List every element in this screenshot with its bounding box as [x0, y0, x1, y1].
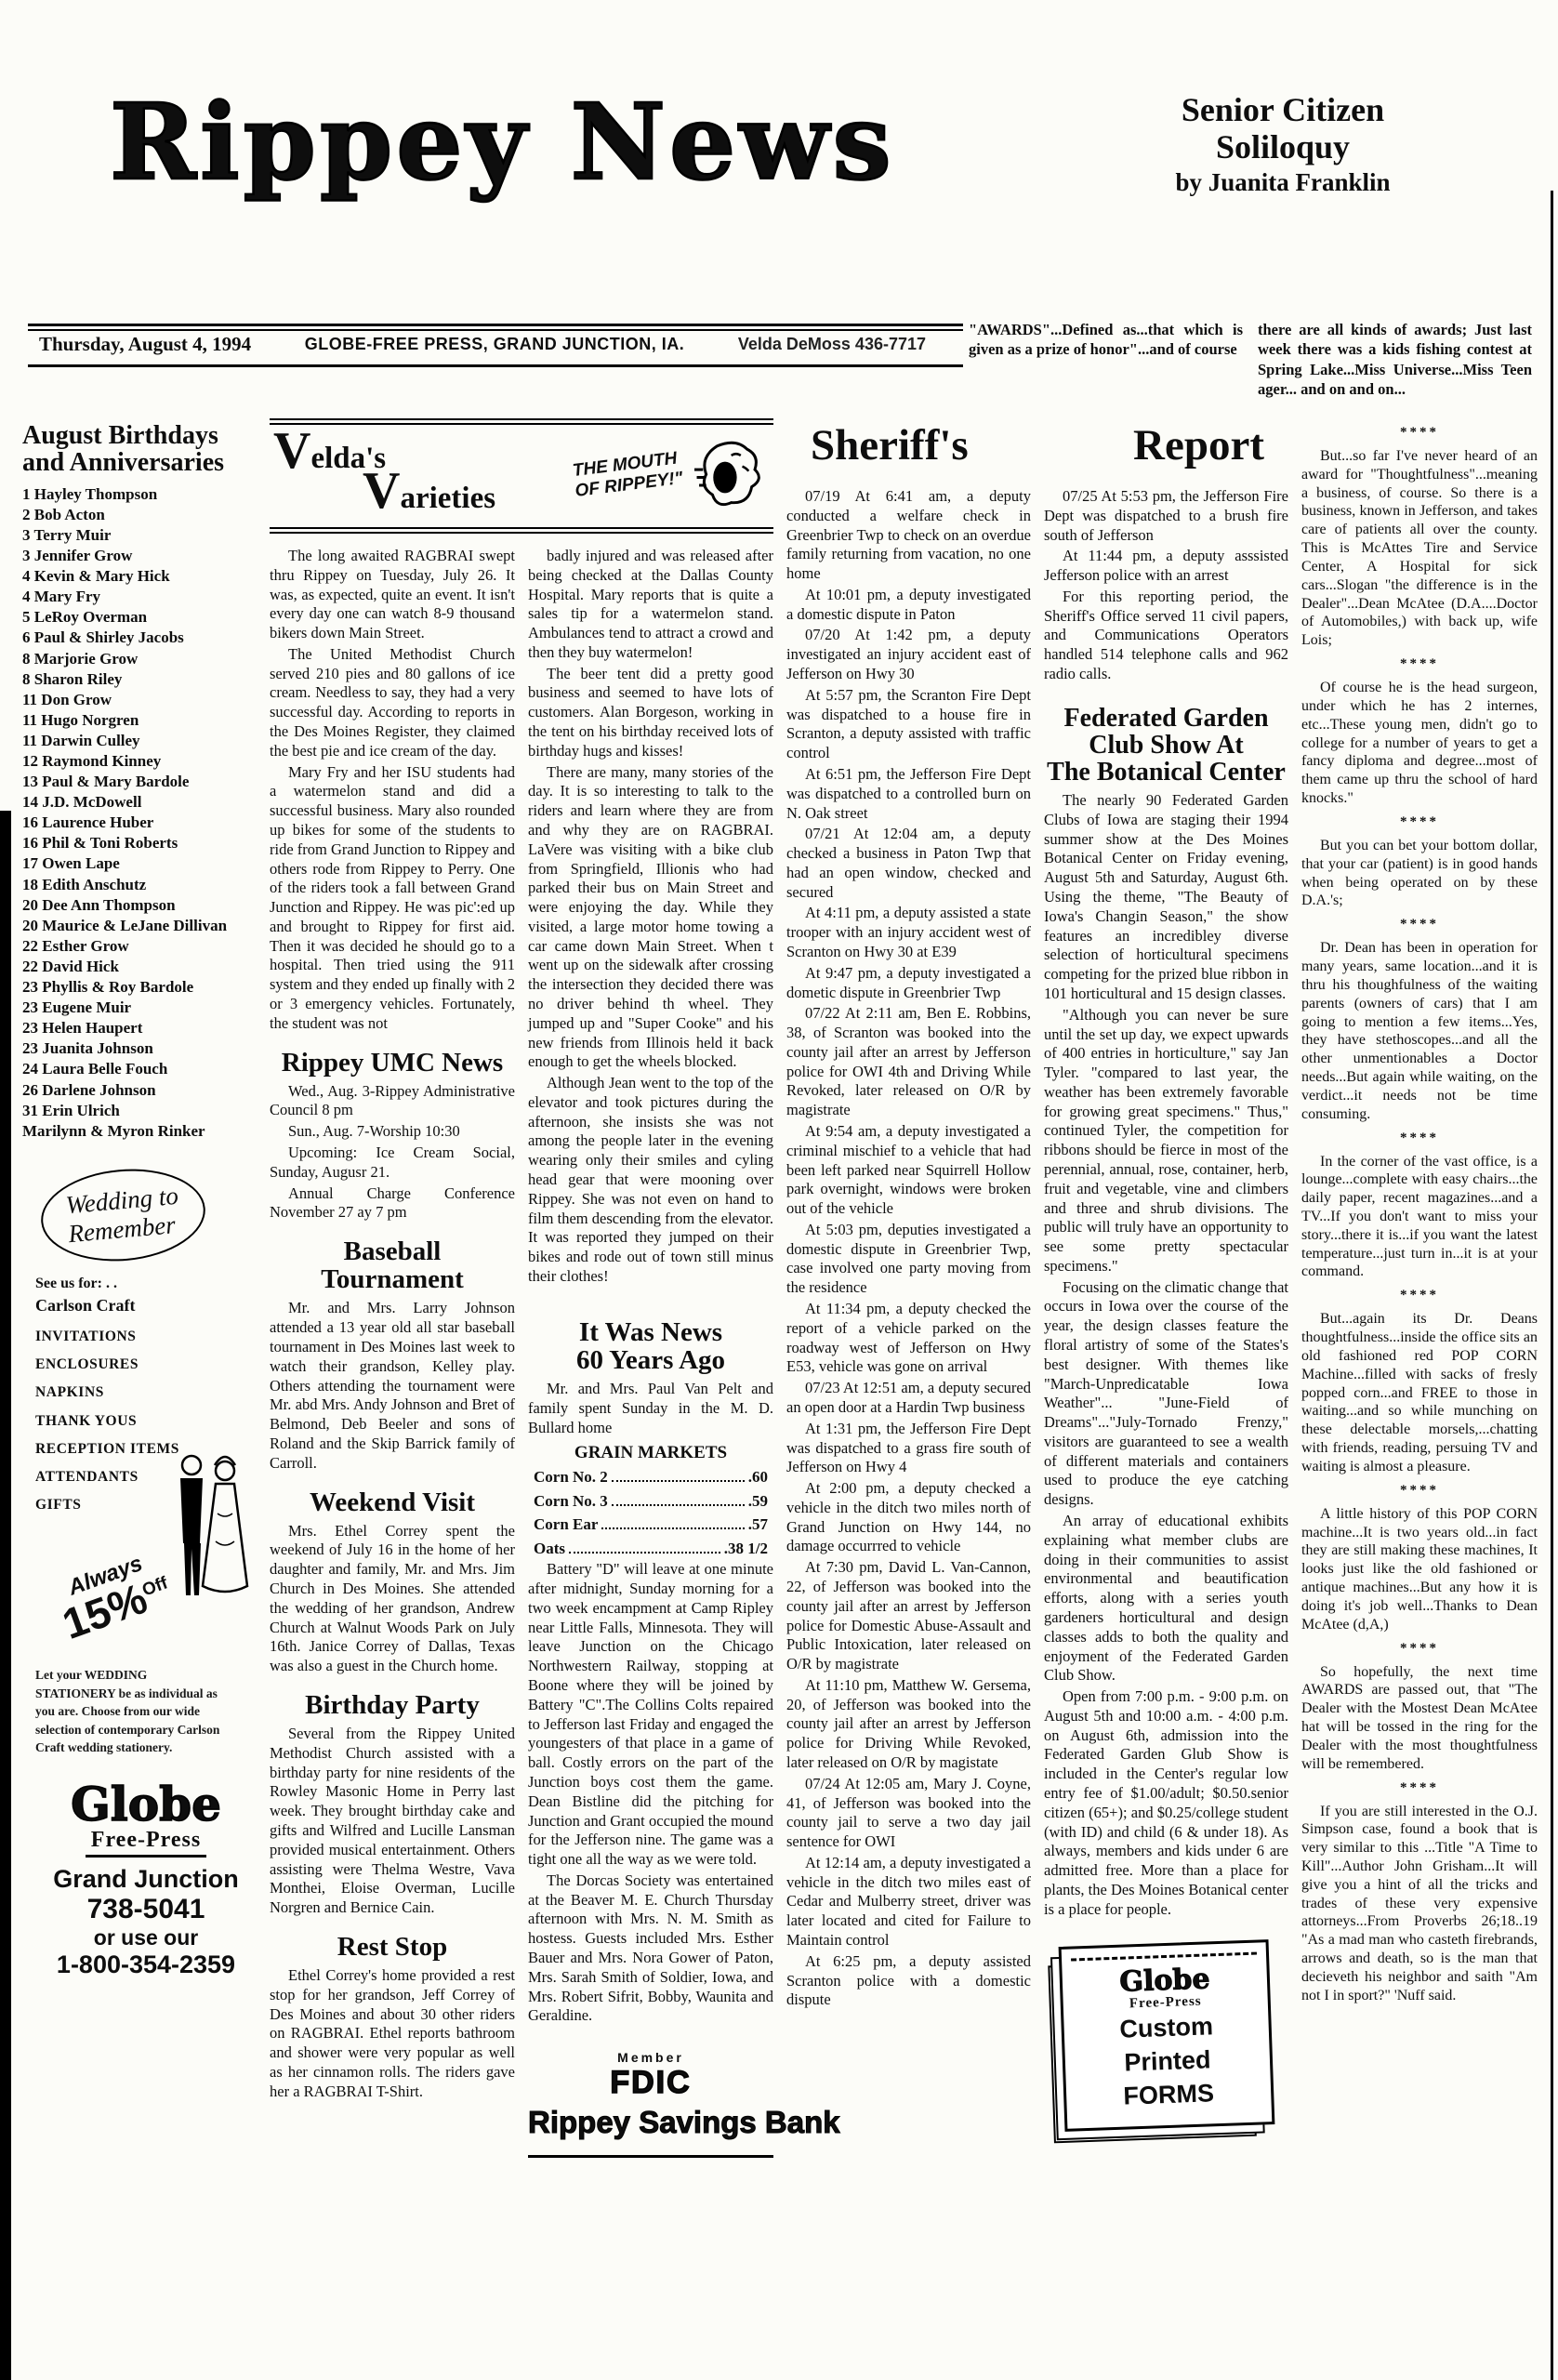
wedding-ad-fine-print: Let your WEDDING STATIONERY be as indivi…: [35, 1666, 226, 1757]
grain-label: Oats: [534, 1537, 565, 1561]
velda-paragraph: Although Jean went to the top of the ele…: [528, 1074, 773, 1287]
section-separator: ****: [1301, 1130, 1538, 1146]
column-birthdays: August Birthdays and Anniversaries 1 Hay…: [22, 418, 257, 2158]
grain-market-row: Corn No. 3.59: [528, 1489, 773, 1514]
dot-leader: [612, 1504, 745, 1506]
scan-edge-left: [0, 811, 11, 2380]
birthday-entry: 1 Hayley Thompson: [22, 484, 257, 505]
sheriff-log-entry: At 11:10 pm, Matthew W. Gersema, 20, of …: [786, 1676, 1031, 1773]
birthday-entry: 24 Laura Belle Fouch: [22, 1059, 257, 1079]
birthday-party-body: Several from the Rippey United Methodist…: [270, 1725, 515, 1918]
birthday-entry: 4 Kevin & Mary Hick: [22, 566, 257, 587]
wedding-stationery-ad: Wedding to Remember See us for: . . Carl…: [22, 1170, 257, 2062]
birthday-entry: 20 Dee Ann Thompson: [22, 895, 257, 916]
wedding-ad-item: NAPKINS: [35, 1379, 257, 1407]
sixty-years-title-line2: 60 Years Ago: [528, 1346, 773, 1374]
velda-varieties-section: Velda's Varieties THE MOUTH OF RIPPEY!": [270, 418, 773, 2158]
section-separator: ****: [1301, 1288, 1538, 1303]
birthday-entry: 23 Phyllis & Roy Bardole: [22, 977, 257, 998]
velda-logo-capital: V: [273, 422, 310, 480]
grain-label: Corn No. 2: [534, 1465, 608, 1489]
grain-market-row: Corn No. 2.60: [528, 1465, 773, 1489]
wedding-ad-see-us: See us for: . .: [35, 1276, 257, 1292]
globe-or-text: or use our: [35, 1925, 257, 1950]
column-soliloquy: **** But...so far I've never heard of an…: [1301, 418, 1538, 2158]
velda-columns: The long awaited RAGBRAI swept thru Ripp…: [270, 547, 773, 2158]
issue-date: Thursday, August 4, 1994: [39, 333, 251, 356]
birthday-entry: 11 Hugo Norgren: [22, 710, 257, 731]
mouth-of-rippey-icon: [690, 440, 770, 510]
birthdays-heading-line1: August Birthdays: [22, 422, 257, 449]
birthday-entry: 17 Owen Lape: [22, 853, 257, 874]
birthday-entry: 4 Mary Fry: [22, 587, 257, 607]
birthday-entry: 6 Paul & Shirley Jacobs: [22, 628, 257, 648]
discount-off: Off: [139, 1574, 170, 1601]
grain-value: .60: [748, 1465, 768, 1489]
garden-club-title: Federated Garden Club Show At The Botani…: [1044, 705, 1288, 786]
velda-paragraph: The beer tent did a pretty good business…: [528, 665, 773, 761]
globe-logo-sub: Free-Press: [86, 1828, 206, 1858]
birthday-entry: 13 Paul & Mary Bardole: [22, 772, 257, 792]
birthday-entry: 16 Phil & Toni Roberts: [22, 833, 257, 853]
birthday-entry: 26 Darlene Johnson: [22, 1080, 257, 1101]
umc-news-line: Annual Charge Conference November 27 ay …: [270, 1184, 515, 1223]
contact-line: Velda DeMoss 436-7717: [738, 335, 926, 354]
velda-column-b: badly injured and was released after bei…: [528, 547, 773, 2158]
birthday-party-title: Birthday Party: [270, 1691, 515, 1719]
soliloquy-intro-right: there are all kinds of awards; Just last…: [1258, 320, 1532, 400]
sheriff-log-entry: At 6:51 pm, the Jefferson Fire Dept was …: [786, 765, 1031, 823]
section-separator: ****: [1301, 656, 1538, 672]
sheriff-log-entry: 07/23 At 12:51 am, a deputy secured an o…: [786, 1379, 1031, 1418]
globe-town: Grand Junction: [35, 1865, 257, 1894]
soliloquy-intro: "AWARDS"...Defined as...that which is gi…: [969, 320, 1532, 400]
umc-news-line: Upcoming: Ice Cream Social, Sunday, Augu…: [270, 1144, 515, 1183]
garden-paragraph: "Although you can never be sure until th…: [1044, 1006, 1288, 1276]
publisher-line: GLOBE-FREE PRESS, GRAND JUNCTION, IA.: [305, 335, 685, 354]
forms-pad-binding: [1071, 1952, 1257, 1962]
sheriff-log-entry: At 5:57 pm, the Scranton Fire Dept was d…: [786, 686, 1031, 763]
soliloquy-body: But...so far I've never heard of an awar…: [1301, 447, 1538, 2005]
globe-phone-tollfree: 1-800-354-2359: [35, 1950, 257, 1979]
sheriff-headline-word1: Sheriff's: [811, 420, 969, 470]
velda-varieties-header: Velda's Varieties THE MOUTH OF RIPPEY!": [270, 418, 773, 534]
velda-paragraph: badly injured and was released after bei…: [528, 547, 773, 663]
globe-logo: Globe: [35, 1781, 257, 1828]
sheriff-log-entry: 07/20 At 1:42 pm, a deputy investigated …: [786, 626, 1031, 683]
sheriff-log-entry: At 1:31 pm, the Jefferson Fire Dept was …: [786, 1420, 1031, 1477]
birthday-entry: 5 LeRoy Overman: [22, 607, 257, 628]
sheriff-log-entry: At 4:11 pm, a deputy assisted a state tr…: [786, 904, 1031, 961]
grain-value: .59: [748, 1489, 768, 1514]
sheriff-log-entry: At 9:54 am, a deputy investigated a crim…: [786, 1122, 1031, 1219]
sheriff-log-entry: 07/19 At 6:41 am, a deputy conducted a w…: [786, 487, 1031, 584]
sheriff-log-entry: At 11:44 pm, a deputy asssisted Jefferso…: [1044, 547, 1288, 586]
velda-paragraph: There are many, many stories of the day.…: [528, 763, 773, 1073]
birthday-entry: 18 Edith Anschutz: [22, 875, 257, 895]
varieties-logo-rest: arieties: [400, 482, 495, 515]
birthdays-heading-line2: and Anniversaries: [22, 449, 257, 476]
birthday-entry: 23 Juanita Johnson: [22, 1038, 257, 1059]
birthdays-list: 1 Hayley Thompson2 Bob Acton3 Terry Muir…: [22, 484, 257, 1142]
birthday-entry: 14 J.D. McDowell: [22, 792, 257, 813]
birthdays-heading: August Birthdays and Anniversaries: [22, 422, 257, 477]
birthday-entry: 23 Helen Haupert: [22, 1018, 257, 1038]
birthday-entry: Marilynn & Myron Rinker: [22, 1121, 257, 1142]
dot-leader: [601, 1527, 744, 1529]
rest-stop-title: Rest Stop: [270, 1933, 515, 1961]
sheriff-log-entry: At 12:14 am, a deputy investigated a veh…: [786, 1854, 1031, 1950]
grain-markets-title: GRAIN MARKETS: [528, 1443, 773, 1463]
velda-paragraph: Mary Fry and her ISU students had a wate…: [270, 763, 515, 1034]
sheriff-report-section: Sheriff's Report 07/19 At 6:41 am, a dep…: [786, 418, 1288, 2158]
velda-varieties-logo: Velda's Varieties: [273, 430, 495, 516]
mouth-of-rippey-block: THE MOUTH OF RIPPEY!": [574, 430, 770, 510]
sheriff-column-b: 07/25 At 5:53 pm, the Jefferson Fire Dep…: [1044, 487, 1288, 2129]
garden-paragraph: An array of educational exhibits explain…: [1044, 1512, 1288, 1686]
sheriff-log-entry: For this reporting period, the Sheriff's…: [1044, 588, 1288, 684]
sheriff-column-a: 07/19 At 6:41 am, a deputy conducted a w…: [786, 487, 1031, 2129]
section-separator: ****: [1301, 917, 1538, 932]
newspaper-title: Rippey News: [110, 82, 895, 204]
soliloquy-section: But...again its Dr. Deans thoughtfulness…: [1301, 1310, 1538, 1475]
sheriff-log-entry: At 5:03 pm, deputies investigated a dome…: [786, 1221, 1031, 1298]
sheriff-log-entry: 07/21 At 12:04 am, a deputy checked a bu…: [786, 825, 1031, 902]
soliloquy-section: If you are still interested in the O.J. …: [1301, 1803, 1538, 2005]
soliloquy-header: Senior Citizen Soliloquy by Juanita Fran…: [1083, 91, 1483, 197]
wedding-ad-item: THANK YOUS: [35, 1408, 257, 1435]
section-separator: ****: [1301, 1780, 1538, 1796]
sheriff-log-entry: At 11:34 pm, a deputy checked the report…: [786, 1300, 1031, 1377]
sheriff-log-entry: 07/25 At 5:53 pm, the Jefferson Fire Dep…: [1044, 487, 1288, 545]
wedding-ad-script-title: Wedding to Remember: [37, 1162, 209, 1267]
birthday-entry: 22 Esther Grow: [22, 936, 257, 957]
soliloquy-byline: by Juanita Franklin: [1083, 168, 1483, 197]
wedding-ad-item: ENCLOSURES: [35, 1351, 257, 1379]
sheriff-log-entry: 07/24 At 12:05 am, Mary J. Coyne, 41, of…: [786, 1775, 1031, 1852]
grain-market-row: Oats.38 1/2: [528, 1537, 773, 1561]
globe-contact-ad: Globe Free-Press Grand Junction 738-5041…: [35, 1781, 257, 1979]
sheriff-log-entry: At 6:25 pm, a deputy assisted Scranton p…: [786, 1952, 1031, 2010]
birthday-entry: 11 Don Grow: [22, 690, 257, 710]
sheriff-log-entry: At 2:00 pm, a deputy checked a vehicle i…: [786, 1479, 1031, 1556]
sheriff-log-entry: At 9:47 pm, a deputy investigated a dome…: [786, 964, 1031, 1003]
custom-forms-ad: Globe Free-Press Custom Printed FORMS: [1058, 1940, 1274, 2133]
birthday-entry: 16 Laurence Huber: [22, 813, 257, 833]
sheriff-columns: 07/19 At 6:41 am, a deputy conducted a w…: [786, 487, 1288, 2129]
umc-news-line: Sun., Aug. 7-Worship 10:30: [270, 1122, 515, 1142]
sheriff-log-entry: 07/22 At 2:11 am, Ben E. Robbins, 38, of…: [786, 1004, 1031, 1120]
section-separator: ****: [1301, 814, 1538, 830]
masthead-area: Rippey News Senior Citizen Soliloquy by …: [0, 0, 1558, 418]
soliloquy-section: But...so far I've never heard of an awar…: [1301, 447, 1538, 650]
baseball-title: Baseball Tournament: [270, 1237, 515, 1293]
forms-ad-line1: Custom: [1073, 2010, 1260, 2048]
birthday-entry: 11 Darwin Culley: [22, 731, 257, 751]
date-bar: Thursday, August 4, 1994 GLOBE-FREE PRES…: [28, 324, 963, 367]
dot-leader: [612, 1480, 745, 1482]
weekend-visit-body: Mrs. Ethel Correy spent the weekend of J…: [270, 1522, 515, 1676]
birthday-entry: 31 Erin Ulrich: [22, 1101, 257, 1121]
umc-news-title: Rippey UMC News: [270, 1049, 515, 1077]
section-separator: ****: [1301, 425, 1538, 441]
globe-phone-primary: 738-5041: [35, 1894, 257, 1925]
garden-paragraph: Open from 7:00 p.m. - 9:00 p.m. on Augus…: [1044, 1687, 1288, 1919]
garden-club-article: The nearly 90 Federated Garden Clubs of …: [1044, 791, 1288, 1919]
rest-stop-body: Ethel Correy's home provided a rest stop…: [270, 1966, 515, 2101]
birthday-entry: 20 Maurice & LeJane Dillivan: [22, 916, 257, 936]
scan-edge-right: [1551, 191, 1553, 2380]
garden-paragraph: Focusing on the climatic change that occ…: [1044, 1278, 1288, 1510]
sheriff-log-entry: At 7:30 pm, David L. Van-Cannon, 22, of …: [786, 1558, 1031, 1674]
soliloquy-intro-left: "AWARDS"...Defined as...that which is gi…: [969, 320, 1243, 400]
birthday-entry: 3 Terry Muir: [22, 525, 257, 546]
sheriff-report-headline: Sheriff's Report: [786, 420, 1288, 470]
bride-groom-illustration: [162, 1448, 255, 1662]
soliloquy-section: Dr. Dean has been in operation for many …: [1301, 939, 1538, 1123]
sixty-years-body1: Battery "D" will leave at one minute aft…: [528, 1560, 773, 1870]
grain-market-row: Corn Ear.57: [528, 1513, 773, 1537]
newspaper-page: Rippey News Senior Citizen Soliloquy by …: [0, 0, 1558, 2380]
mouth-of-rippey-caption: THE MOUTH OF RIPPEY!": [572, 448, 684, 502]
velda-column-a: The long awaited RAGBRAI swept thru Ripp…: [270, 547, 515, 2158]
soliloquy-section: In the corner of the vast office, is a l…: [1301, 1153, 1538, 1282]
grain-label: Corn Ear: [534, 1513, 598, 1537]
wedding-ad-brand: Carlson Craft: [35, 1296, 257, 1316]
sheriff-log-entry: At 10:01 pm, a deputy investigated a dom…: [786, 586, 1031, 625]
birthday-entry: 22 David Hick: [22, 957, 257, 977]
varieties-logo-capital: V: [363, 462, 400, 520]
section-separator: ****: [1301, 1641, 1538, 1657]
grain-label: Corn No. 3: [534, 1489, 608, 1514]
soliloquy-section: But you can bet your bottom dollar, that…: [1301, 837, 1538, 910]
sixty-years-title: It Was News 60 Years Ago: [528, 1318, 773, 1374]
bank-name: Rippey Savings Bank: [528, 2105, 773, 2140]
baseball-body: Mr. and Mrs. Larry Johnson attended a 13…: [270, 1299, 515, 1473]
birthday-entry: 8 Marjorie Grow: [22, 649, 257, 669]
soliloquy-title-line1: Senior Citizen: [1083, 91, 1483, 128]
rippey-savings-bank-ad: Member FDIC Rippey Savings Bank: [528, 2050, 773, 2158]
sheriff-headline-word2: Report: [1133, 420, 1264, 470]
grain-value: .57: [748, 1513, 768, 1537]
weekend-visit-title: Weekend Visit: [270, 1488, 515, 1516]
garden-paragraph: The nearly 90 Federated Garden Clubs of …: [1044, 791, 1288, 1004]
forms-ad-line3: FORMS: [1075, 2076, 1261, 2114]
columns: August Birthdays and Anniversaries 1 Hay…: [0, 418, 1558, 2158]
garden-title-line3: The Botanical Center: [1044, 759, 1288, 786]
sixty-years-intro: Mr. and Mrs. Paul Van Pelt and family sp…: [528, 1380, 773, 1437]
wedding-ad-item: INVITATIONS: [35, 1323, 257, 1351]
umc-news-line: Wed., Aug. 3-Rippey Administrative Counc…: [270, 1082, 515, 1121]
velda-paragraph: The long awaited RAGBRAI swept thru Ripp…: [270, 547, 515, 643]
birthday-entry: 8 Sharon Riley: [22, 669, 257, 690]
birthday-entry: 2 Bob Acton: [22, 505, 257, 525]
dot-leader: [569, 1552, 720, 1554]
soliloquy-section: Of course he is the head surgeon, under …: [1301, 679, 1538, 808]
birthday-entry: 12 Raymond Kinney: [22, 751, 257, 772]
birthday-entry: 23 Eugene Muir: [22, 998, 257, 1018]
fdic-member-label: Member: [528, 2050, 773, 2065]
sixty-years-title-line1: It Was News: [528, 1318, 773, 1346]
sixty-years-body2: The Dorcas Society was entertained at th…: [528, 1871, 773, 2026]
soliloquy-title-line2: Soliloquy: [1083, 128, 1483, 165]
velda-paragraph: The United Methodist Church served 210 p…: [270, 645, 515, 761]
soliloquy-section: A little history of this POP CORN machin…: [1301, 1505, 1538, 1634]
garden-title-line2: Club Show At: [1044, 732, 1288, 759]
section-separator: ****: [1301, 1483, 1538, 1499]
garden-title-line1: Federated Garden: [1044, 705, 1288, 732]
grain-value: .38 1/2: [724, 1537, 768, 1561]
soliloquy-section: So hopefully, the next time AWARDS are p…: [1301, 1663, 1538, 1774]
fdic-logo: FDIC: [528, 2065, 773, 2101]
forms-ad-line2: Printed: [1074, 2043, 1261, 2082]
birthday-entry: 3 Jennifer Grow: [22, 546, 257, 566]
